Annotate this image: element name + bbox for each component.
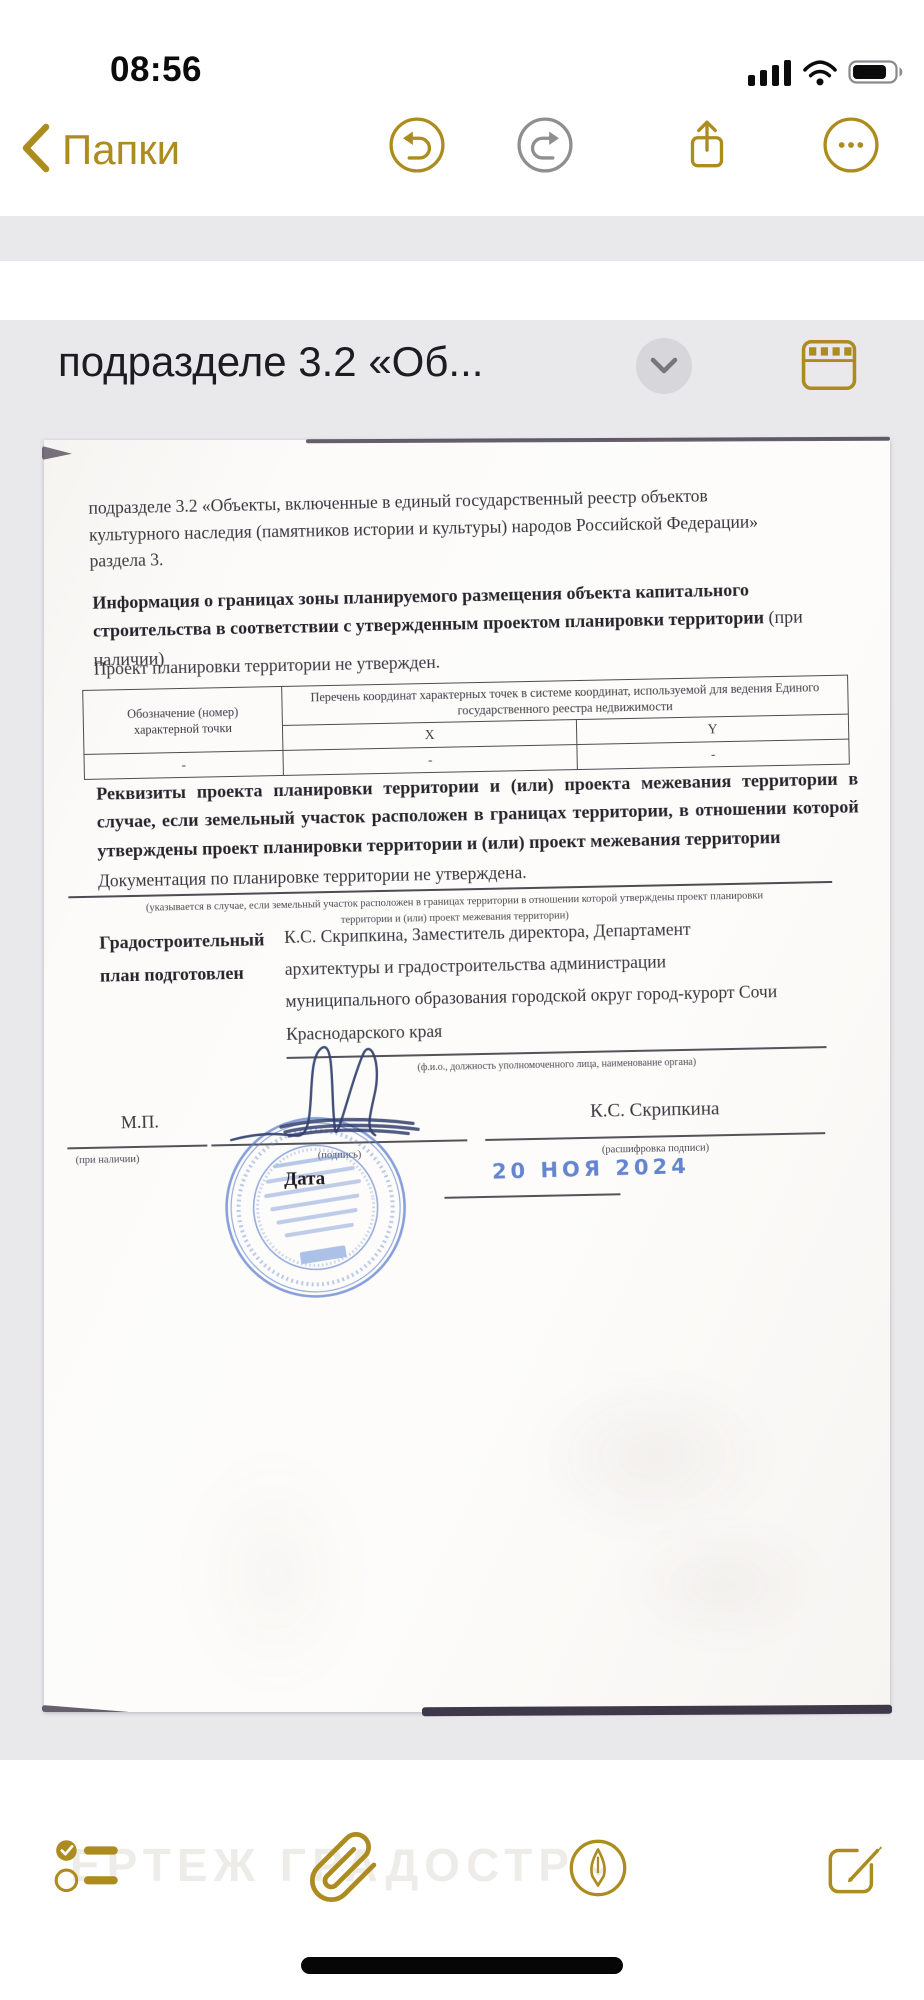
document-content: подразделе 3.2 «Объекты, включенные в ед… xyxy=(31,431,902,1720)
compose-button[interactable] xyxy=(818,1830,894,1906)
attach-button[interactable] xyxy=(306,1830,382,1906)
mp-line xyxy=(67,1145,207,1149)
compose-icon xyxy=(818,1830,894,1906)
more-ellipsis-button[interactable] xyxy=(822,116,880,174)
doc-prepared-value: К.С. Скрипкина, Заместитель директора, Д… xyxy=(284,910,846,1050)
doc-signer-name: К.С. Скрипкина xyxy=(485,1096,825,1125)
share-button[interactable] xyxy=(678,116,736,174)
home-indicator[interactable] xyxy=(301,1957,623,1974)
attachment-title-bar: подразделе 3.2 «Об... xyxy=(0,330,924,410)
coordinates-table: Обозначение (номер) характерной точки Пе… xyxy=(82,675,850,781)
wifi-icon xyxy=(802,59,838,91)
cellular-signal-icon xyxy=(748,58,792,91)
redo-button xyxy=(516,116,574,174)
doc-date-label: Дата xyxy=(284,1168,326,1191)
filmstrip-icon[interactable] xyxy=(798,334,860,401)
date-line xyxy=(444,1193,620,1198)
checklist-icon xyxy=(50,1830,126,1906)
table-cell-point: - xyxy=(84,751,283,780)
status-time: 08:56 xyxy=(110,50,202,90)
markup-button[interactable] xyxy=(560,1830,636,1906)
back-button-label: Папки xyxy=(62,126,180,174)
scanned-document-page[interactable]: подразделе 3.2 «Объекты, включенные в ед… xyxy=(44,440,890,1712)
table-header-point: Обозначение (номер) характерной точки xyxy=(83,686,283,754)
date-stamp: 20 НОЯ 2024 xyxy=(492,1154,690,1184)
checklist-button[interactable] xyxy=(50,1830,126,1906)
back-chevron-icon xyxy=(18,119,52,182)
doc-requisites-heading: Реквизиты проекта планировки территории … xyxy=(96,764,860,865)
scan-bleedthrough xyxy=(171,1441,376,1705)
doc-info-heading: Информация о границах зоны планируемого … xyxy=(92,580,768,642)
paperclip-icon xyxy=(306,1830,382,1906)
back-button[interactable]: Папки xyxy=(18,119,180,182)
chevron-down-icon xyxy=(636,336,692,397)
doc-prepared-label: Градостроительный план подготовлен xyxy=(99,923,300,994)
nav-bar: Папки xyxy=(0,104,924,196)
battery-icon xyxy=(848,58,906,91)
collapse-button[interactable] xyxy=(636,338,692,394)
status-icons xyxy=(748,58,906,91)
attachment-title[interactable]: подразделе 3.2 «Об... xyxy=(58,338,483,386)
undo-button[interactable] xyxy=(388,116,446,174)
doc-mp-note: (при наличии) xyxy=(75,1150,215,1169)
screen: { "status_bar": { "time": "08:56" }, "na… xyxy=(0,0,924,2000)
markup-pen-icon xyxy=(560,1830,636,1906)
doc-documentation-status: Документация по планировке территории не… xyxy=(98,862,527,892)
previous-attachment-edge xyxy=(0,216,924,261)
handwritten-signature xyxy=(221,1031,475,1154)
doc-mp-label: М.П. xyxy=(121,1112,159,1134)
doc-intro-paragraph: подразделе 3.2 «Объекты, включенные в ед… xyxy=(88,479,869,574)
